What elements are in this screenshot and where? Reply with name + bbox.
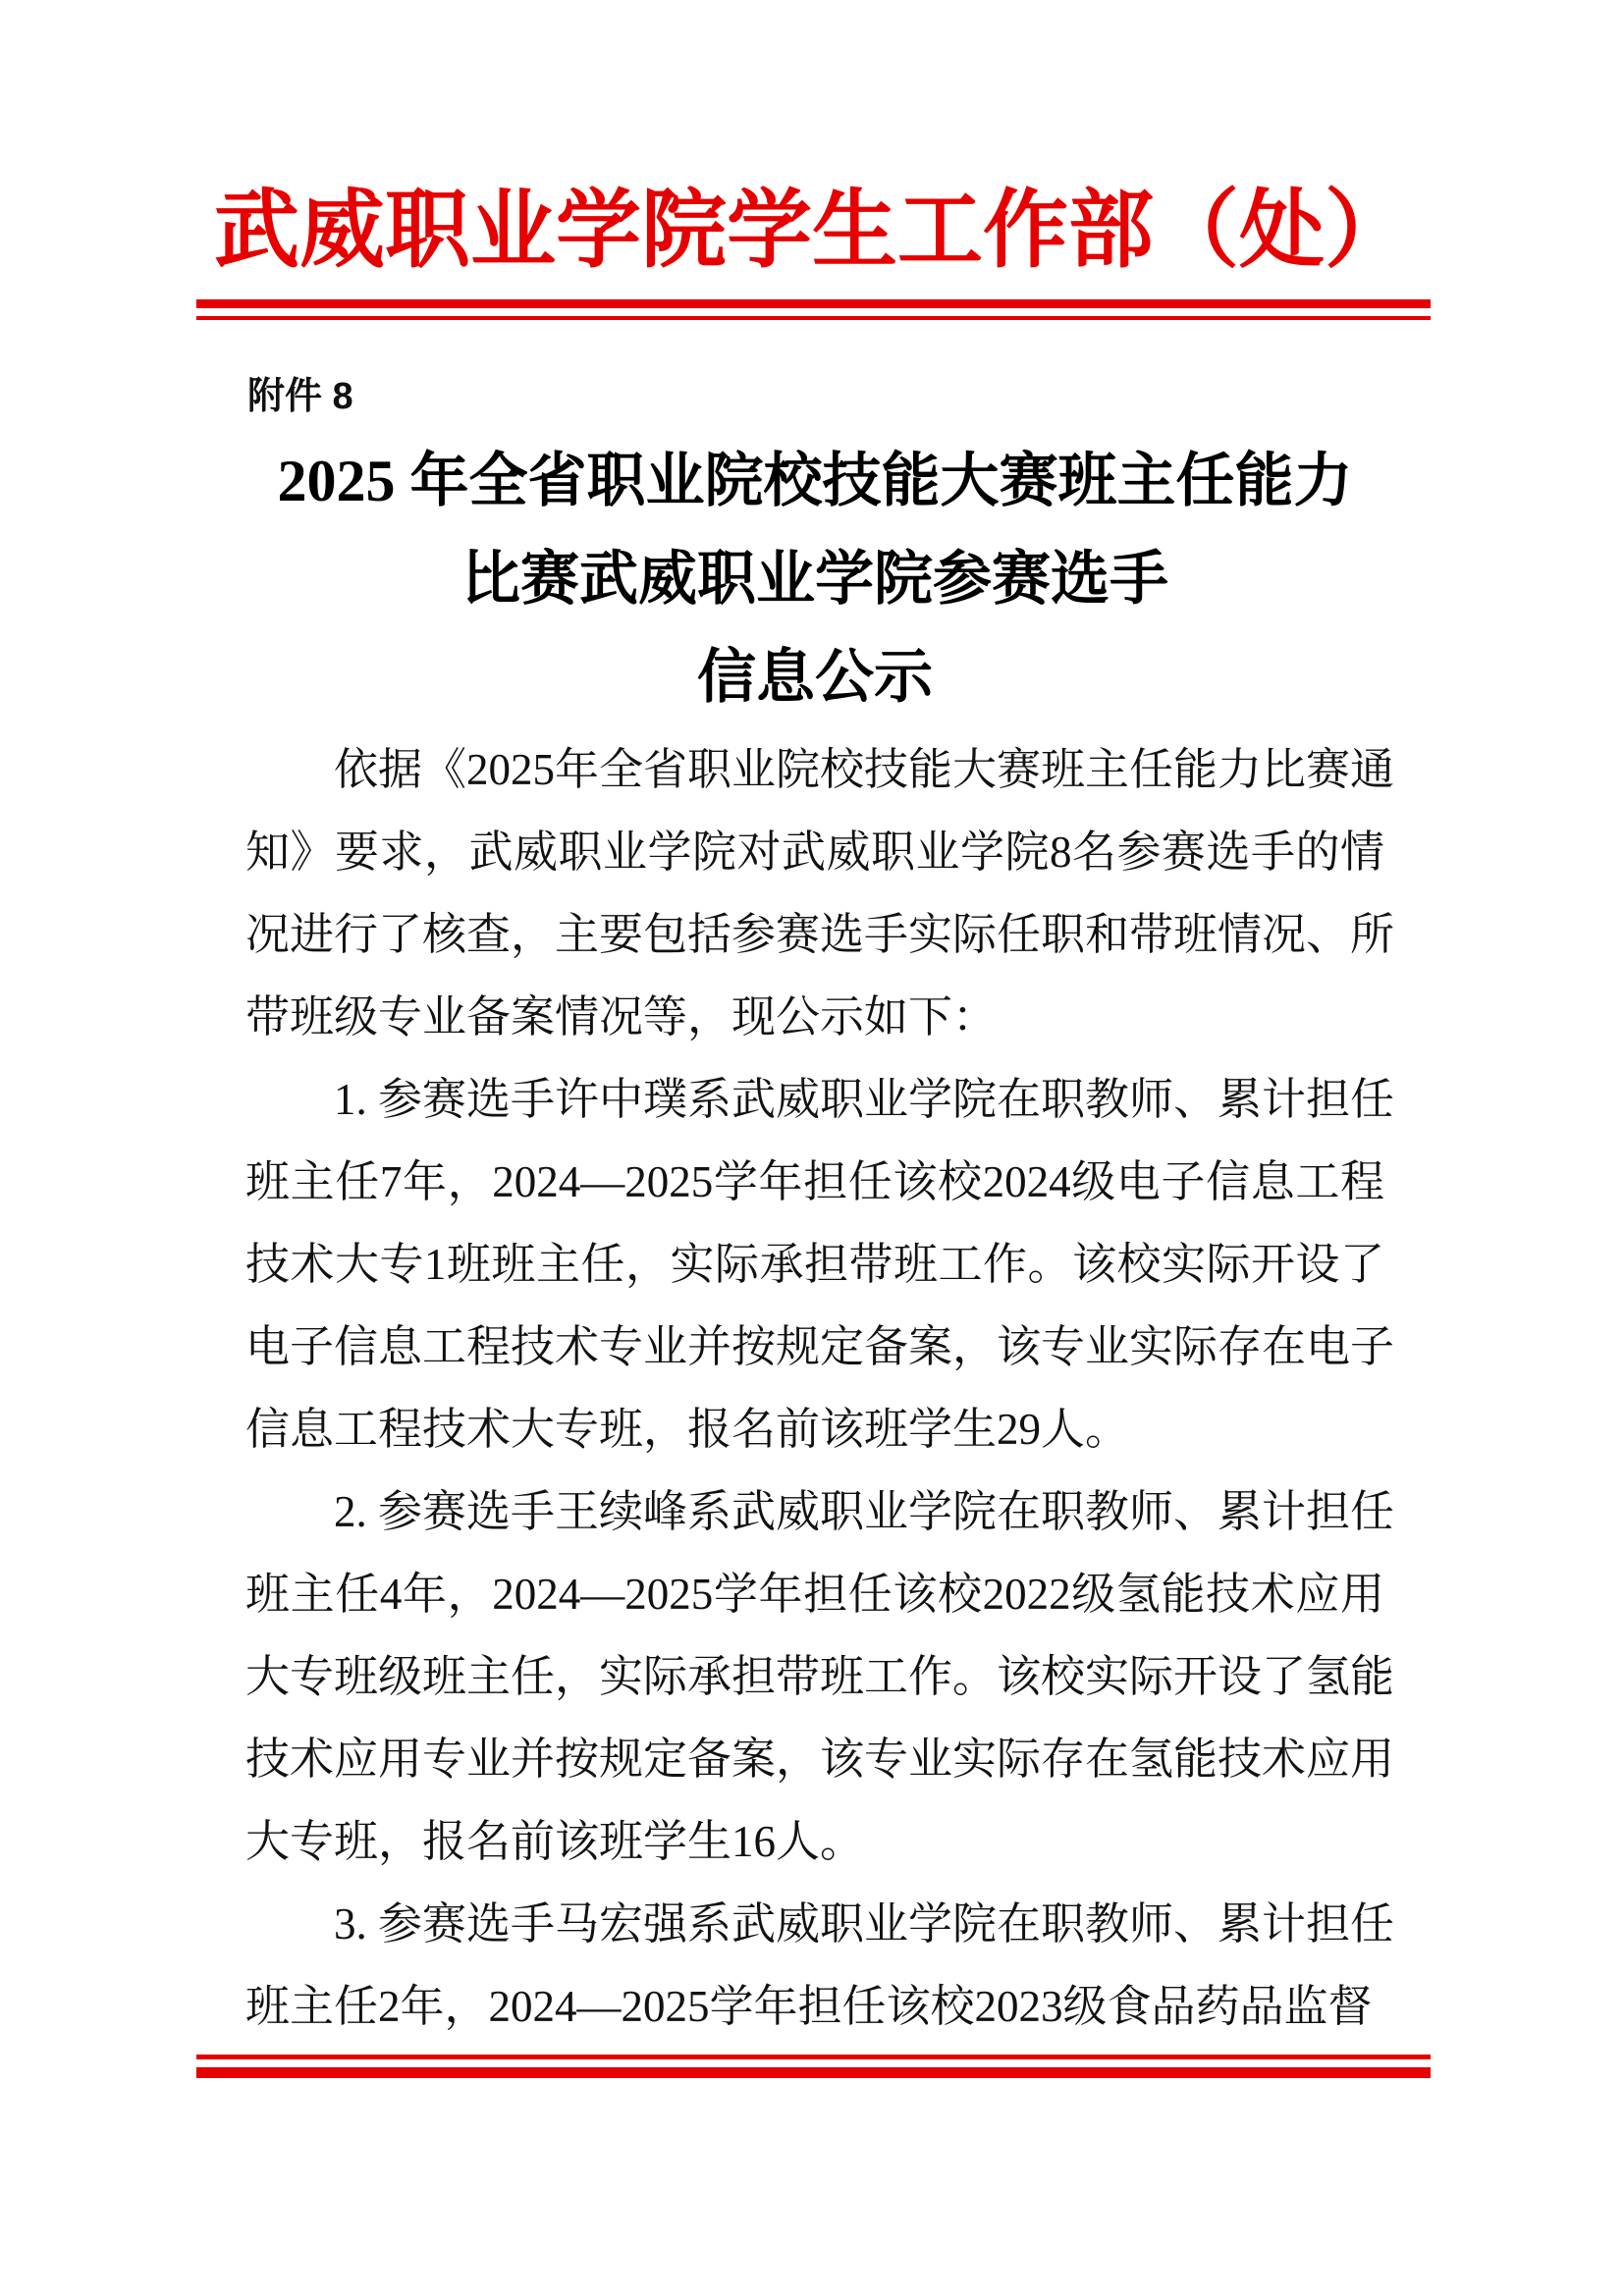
paragraph: 2. 参赛选手王续峰系武威职业学院在职教师、累计担任班主任4年，2024—202… xyxy=(245,1470,1384,1883)
document-title: 2025 年全省职业院校技能大赛班主任能力 比赛武威职业学院参赛选手 信息公示 xyxy=(245,432,1384,726)
document-body: 依据《2025年全省职业院校技能大赛班主任能力比赛通知》要求，武威职业学院对武威… xyxy=(245,728,1384,2048)
body-line: 电子信息工程技术专业并按规定备案，该专业实际存在电子 xyxy=(245,1306,1384,1388)
body-line: 技术应用专业并按规定备案，该专业实际存在氢能技术应用 xyxy=(245,1718,1384,1800)
body-line: 大专班级班主任，实际承担带班工作。该校实际开设了氢能 xyxy=(245,1635,1384,1718)
attachment-label: 附件 8 xyxy=(247,365,353,419)
footer-rule-thin xyxy=(196,2055,1431,2059)
body-line: 2. 参赛选手王续峰系武威职业学院在职教师、累计担任 xyxy=(245,1470,1384,1553)
letterhead-title: 武威职业学院学生工作部（处） xyxy=(0,183,1624,278)
footer-rule-thick xyxy=(196,2067,1431,2078)
header-rule-thin xyxy=(196,316,1431,320)
body-line: 班主任4年，2024—2025学年担任该校2022级氢能技术应用 xyxy=(245,1553,1384,1635)
body-line: 知》要求，武威职业学院对武威职业学院8名参赛选手的情 xyxy=(245,811,1384,893)
paragraph: 1. 参赛选手许中璞系武威职业学院在职教师、累计担任班主任7年，2024—202… xyxy=(245,1058,1384,1470)
paragraph: 3. 参赛选手马宏强系武威职业学院在职教师、累计担任班主任2年，2024—202… xyxy=(245,1883,1384,2048)
document-title-line-3: 信息公示 xyxy=(245,628,1384,726)
document-title-line-1: 2025 年全省职业院校技能大赛班主任能力 xyxy=(245,432,1384,530)
document-title-line-2: 比赛武威职业学院参赛选手 xyxy=(245,530,1384,628)
document-page: 武威职业学院学生工作部（处） 附件 8 2025 年全省职业院校技能大赛班主任能… xyxy=(0,0,1624,2296)
body-line: 况进行了核查，主要包括参赛选手实际任职和带班情况、所 xyxy=(245,893,1384,976)
header-rule-thick xyxy=(196,299,1431,308)
body-line: 3. 参赛选手马宏强系武威职业学院在职教师、累计担任 xyxy=(245,1883,1384,1965)
body-line: 大专班，报名前该班学生16人。 xyxy=(245,1800,1384,1883)
body-line: 依据《2025年全省职业院校技能大赛班主任能力比赛通 xyxy=(245,728,1384,811)
body-line: 信息工程技术大专班，报名前该班学生29人。 xyxy=(245,1388,1384,1470)
body-line: 1. 参赛选手许中璞系武威职业学院在职教师、累计担任 xyxy=(245,1058,1384,1141)
paragraph: 依据《2025年全省职业院校技能大赛班主任能力比赛通知》要求，武威职业学院对武威… xyxy=(245,728,1384,1058)
body-line: 带班级专业备案情况等，现公示如下： xyxy=(245,976,1384,1058)
body-line: 班主任2年，2024—2025学年担任该校2023级食品药品监督 xyxy=(245,1965,1384,2048)
body-line: 班主任7年，2024—2025学年担任该校2024级电子信息工程 xyxy=(245,1141,1384,1223)
body-line: 技术大专1班班主任，实际承担带班工作。该校实际开设了 xyxy=(245,1223,1384,1306)
